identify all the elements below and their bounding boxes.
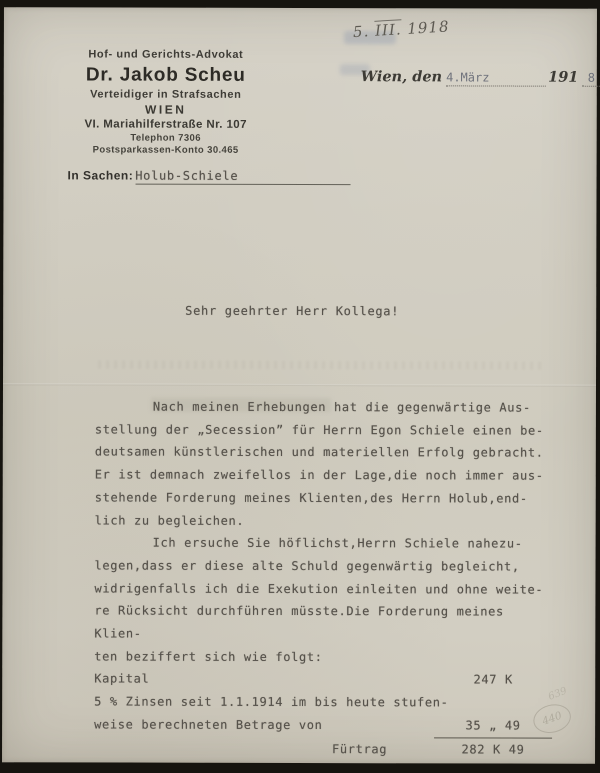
dateline-printed-year: 191	[548, 69, 578, 86]
zinsen-line2: weise berechneten Betrage von	[94, 713, 434, 738]
salutation: Sehr geehrter Herr Kollega!	[185, 304, 399, 319]
body-line: re Rücksicht durchführen müsste.Die Ford…	[94, 600, 552, 647]
letterhead: Hof- und Gerichts-Advokat Dr. Jakob Sche…	[40, 47, 292, 157]
dateline-typed-year-digit: 8	[581, 71, 600, 87]
letterhead-profession: Hof- und Gerichts-Advokat	[40, 47, 292, 63]
body-line: legen,dass er diese alte Schuld gegenwär…	[94, 554, 552, 578]
dateline: Wien, den4.März1918	[361, 68, 600, 87]
subject-value: Holub-Schiele	[135, 169, 350, 186]
handwritten-month-roman: III.	[374, 19, 402, 40]
body-line: Ich ersuche Sie höflichst,Herrn Schiele …	[95, 532, 553, 556]
kapital-label: Kapital	[94, 668, 434, 692]
account-row-kapital: Kapital 247 K	[94, 668, 552, 692]
subject-label: In Sachen:	[68, 168, 134, 182]
account-row-zinsen-1: 5 % Zinsen seit 1.1.1914 im bis heute st…	[94, 691, 552, 715]
pencil-circled-number-text: 440	[541, 710, 564, 728]
letterhead-role: Verteidiger in Strafsachen	[40, 87, 292, 103]
ink-offset-ghost	[98, 360, 543, 369]
body-line: Er ist demnach zweifellos in der Lage,di…	[95, 464, 553, 488]
account-row-fortrag: Fürtrag 282 K 49	[94, 737, 552, 761]
body-line: stehende Forderung meines Klienten,des H…	[95, 486, 553, 510]
letterhead-name: Dr. Jakob Scheu	[40, 63, 292, 87]
handwritten-day: 5.	[352, 22, 369, 41]
body-line: lich zu begleichen.	[95, 509, 553, 533]
dateline-typed-date: 4.März	[446, 70, 546, 86]
fortrag-value: 282 K 49	[434, 738, 552, 761]
letterhead-telephone: Telephon 7306	[40, 132, 292, 145]
paper-fold-crease	[3, 383, 596, 387]
letterhead-city: WIEN	[40, 102, 292, 118]
body-line: widrigenfalls ich die Exekution einleite…	[94, 577, 552, 601]
body-line: deutsamen künstlerischen und materiellen…	[95, 441, 553, 465]
zinsen-line1: 5 % Zinsen seit 1.1.1914 im bis heute st…	[94, 691, 552, 715]
dateline-printed-prefix: Wien, den	[361, 68, 442, 85]
letterhead-postal-account: Postsparkassen-Konto 30.465	[40, 144, 292, 157]
kapital-value: 247 K	[434, 669, 552, 692]
handwritten-receipt-date: 5. III. 1918	[352, 17, 449, 41]
letter-body: Nach meinen Erhebungen hat die gegenwärt…	[94, 395, 553, 760]
body-line: Nach meinen Erhebungen hat die gegenwärt…	[95, 395, 553, 419]
body-line: stellung der „Secession” für Herrn Egon …	[95, 418, 553, 442]
letterhead-address: VI. Mariahilferstraße Nr. 107	[40, 117, 292, 133]
subject-line: In Sachen:Holub-Schiele	[68, 164, 351, 185]
letter-paper: Hof- und Gerichts-Advokat Dr. Jakob Sche…	[2, 7, 597, 764]
account-row-zinsen-2: weise berechneten Betrage von 35 „ 49	[94, 713, 552, 738]
fortrag-label: Fürtrag	[332, 738, 434, 761]
body-line: ten beziffert sich wie folgt:	[94, 645, 552, 669]
handwritten-year: 1918	[407, 17, 450, 37]
